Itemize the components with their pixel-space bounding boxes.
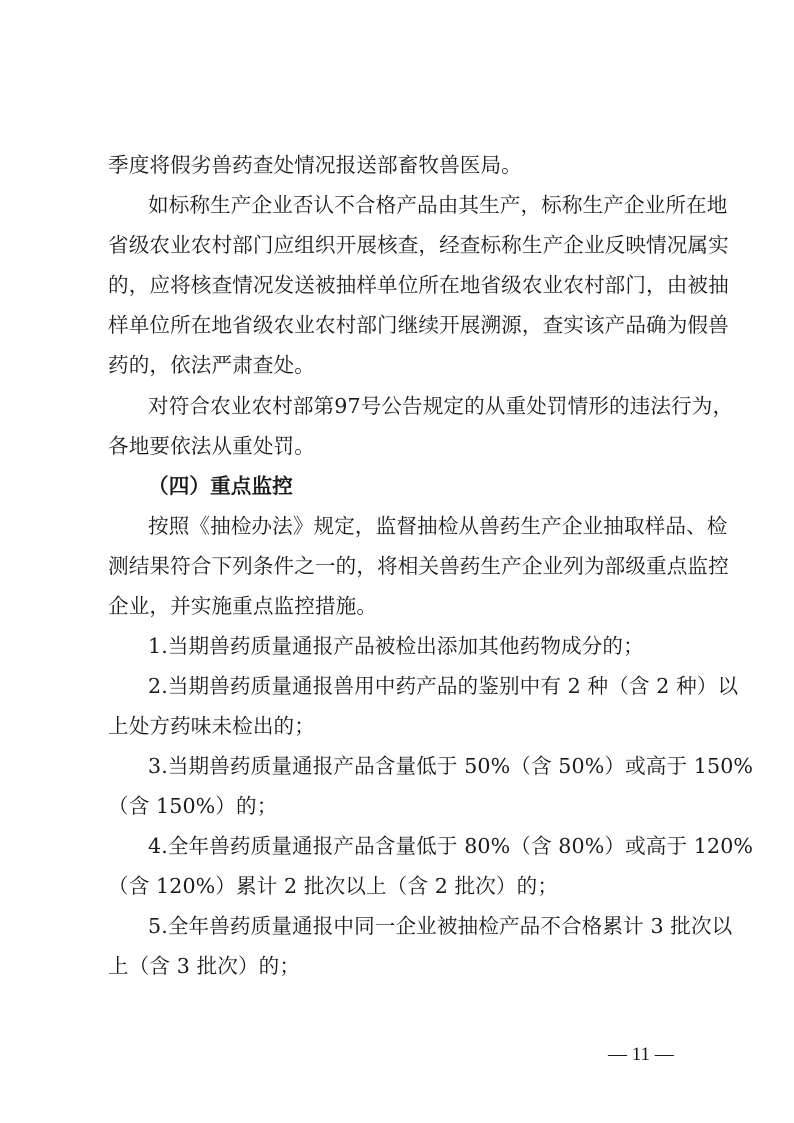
list-item: 3.当期兽药质量通报产品含量低于 50%（含 50%）或高于 150% bbox=[148, 746, 692, 786]
paragraph-line: 各地要依法从重处罚。 bbox=[108, 426, 692, 466]
paragraph-line: 按照《抽检办法》规定，监督抽检从兽药生产企业抽取样品、检 bbox=[148, 506, 692, 546]
paragraph-line: 省级农业农村部门应组织开展核查，经查标称生产企业反映情况属实 bbox=[108, 225, 692, 265]
list-item: 4.全年兽药质量通报产品含量低于 80%（含 80%）或高于 120% bbox=[148, 826, 692, 866]
document-page: 季度将假劣兽药查处情况报送部畜牧兽医局。 如标称生产企业否认不合格产品由其生产，… bbox=[0, 0, 794, 1123]
list-item: 1.当期兽药质量通报产品被检出添加其他药物成分的； bbox=[148, 626, 692, 666]
paragraph-line: 企业，并实施重点监控措施。 bbox=[108, 586, 692, 626]
paragraph-line: 对符合农业农村部第97号公告规定的从重处罚情形的违法行为， bbox=[148, 386, 692, 426]
list-item-continuation: 上处方药味未检出的； bbox=[108, 706, 692, 746]
paragraph-line: 药的，依法严肃查处。 bbox=[108, 345, 692, 385]
paragraph-line: 季度将假劣兽药查处情况报送部畜牧兽医局。 bbox=[108, 145, 692, 185]
paragraph-line: 样单位所在地省级农业农村部门继续开展溯源，查实该产品确为假兽 bbox=[108, 305, 692, 345]
list-item-continuation: 上（含 3 批次）的； bbox=[108, 946, 692, 986]
list-item: 2.当期兽药质量通报兽用中药产品的鉴别中有 2 种（含 2 种）以 bbox=[148, 666, 692, 706]
list-item-continuation: （含 120%）累计 2 批次以上（含 2 批次）的； bbox=[108, 866, 692, 906]
paragraph-line: 的，应将核查情况发送被抽样单位所在地省级农业农村部门，由被抽 bbox=[108, 265, 692, 305]
section-heading: （四）重点监控 bbox=[148, 466, 692, 506]
paragraph-line: 测结果符合下列条件之一的，将相关兽药生产企业列为部级重点监控 bbox=[108, 546, 692, 586]
list-item-continuation: （含 150%）的； bbox=[108, 786, 692, 826]
page-number: — 11 — bbox=[608, 1042, 674, 1068]
list-item: 5.全年兽药质量通报中同一企业被抽检产品不合格累计 3 批次以 bbox=[148, 906, 692, 946]
paragraph-line: 如标称生产企业否认不合格产品由其生产，标称生产企业所在地 bbox=[148, 185, 692, 225]
